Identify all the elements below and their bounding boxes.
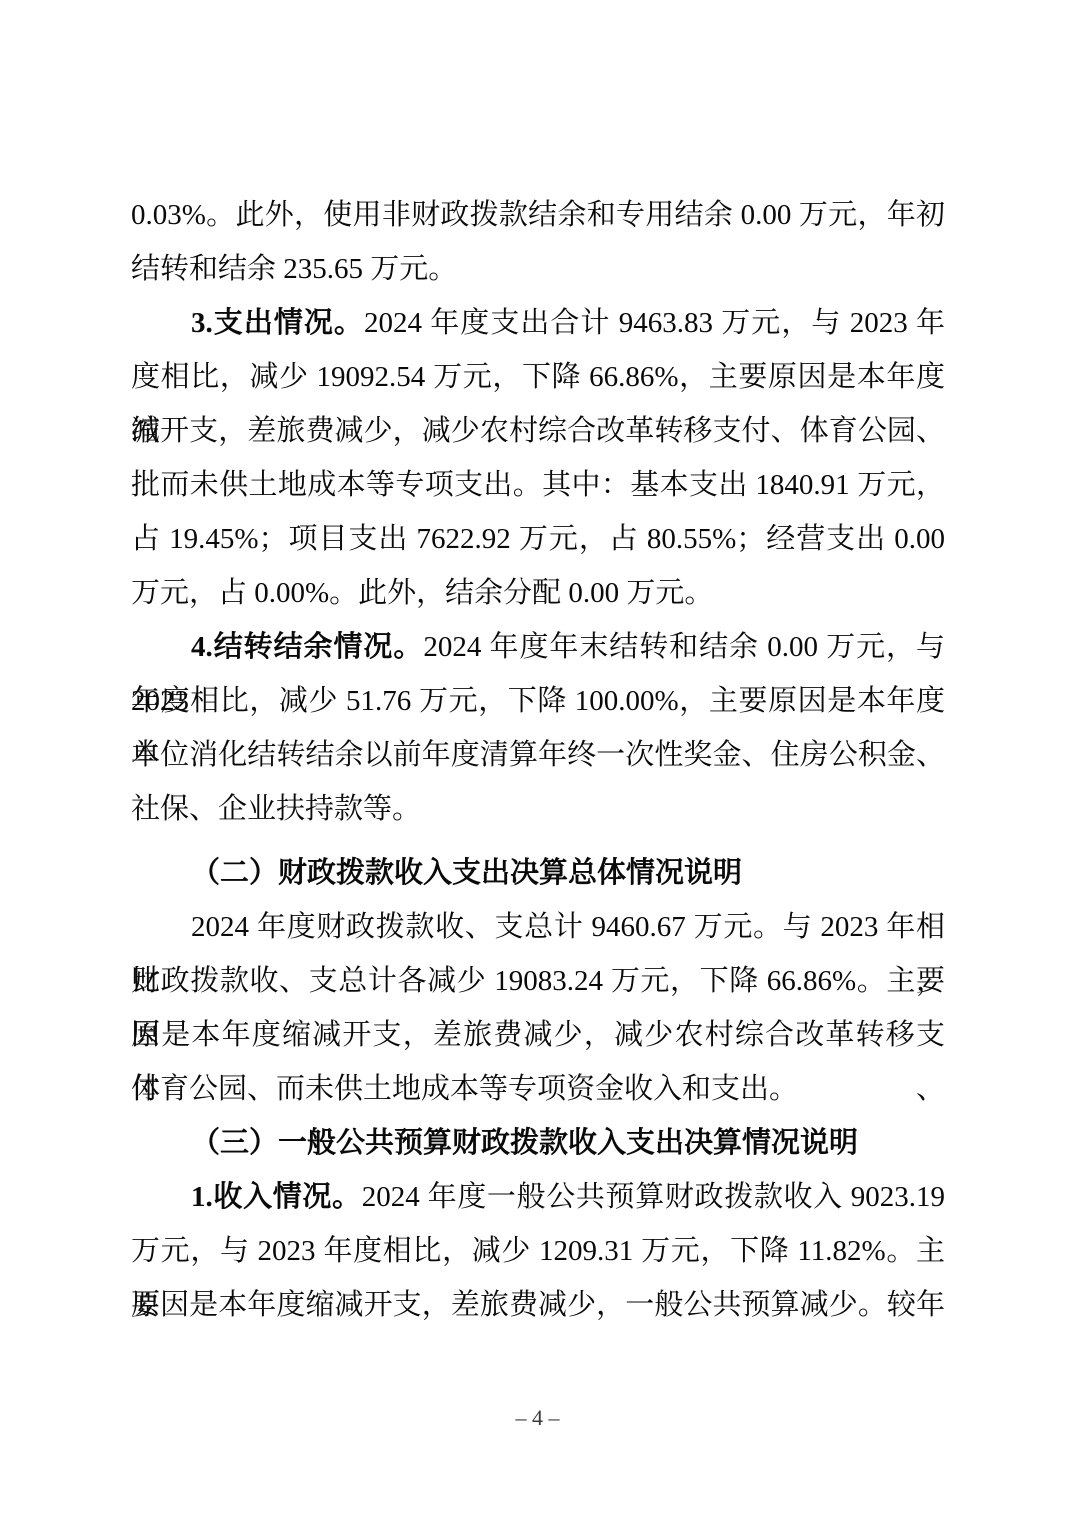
section-heading-2: （二）财政拨款收入支出决算总体情况说明 (131, 846, 945, 900)
numbered-heading-paragraph: 3.支出情况。2024 年度支出合计 9463.83 万元，与 2023 年 (131, 296, 945, 350)
document-page: 0.03%。此外，使用非财政拨款结余和专用结余 0.00 万元，年初 结转和结余… (0, 0, 1075, 1520)
run-in-heading-carryover: 4.结转结余情况。 (191, 631, 423, 663)
numbered-heading-paragraph: 1.收入情况。2024 年度一般公共预算财政拨款收入 9023.19 (131, 1170, 945, 1224)
section-heading-3: （三）一般公共预算财政拨款收入支出决算情况说明 (131, 1116, 945, 1170)
body-line: 原因是本年度缩减开支，差旅费减少，一般公共预算减少。较年 (131, 1278, 945, 1332)
numbered-heading-paragraph: 4.结转结余情况。2024 年度年末结转和结余 0.00 万元，与 2023 (131, 620, 945, 674)
body-line: 年度相比，减少 51.76 万元，下降 100.00%，主要原因是本年度本 (131, 674, 945, 728)
body-line: 度相比，减少 19092.54 万元，下降 66.86%，主要原因是本年度缩 (131, 350, 945, 404)
body-line-paragraph-end: 万元，占 0.00%。此外，结余分配 0.00 万元。 (131, 566, 945, 620)
body-line-paragraph-end: 社保、企业扶持款等。 (131, 782, 945, 836)
page-number: – 4 – (0, 1400, 1075, 1436)
body-line: 单位消化结转结余以前年度清算年终一次性奖金、住房公积金、 (131, 728, 945, 782)
body-line: 财政拨款收、支总计各减少 19083.24 万元，下降 66.86%。主要原 (131, 954, 945, 1008)
body-line-paragraph-start: 2024 年度财政拨款收、支总计 9460.67 万元。与 2023 年相比， (131, 900, 945, 954)
body-line: 因是本年度缩减开支，差旅费减少，减少农村综合改革转移支付、 (131, 1008, 945, 1062)
run-in-heading-income: 1.收入情况。 (191, 1181, 362, 1213)
body-line: 0.03%。此外，使用非财政拨款结余和专用结余 0.00 万元，年初 (131, 188, 945, 242)
body-line: 减开支，差旅费减少，减少农村综合改革转移支付、体育公园、 (131, 404, 945, 458)
body-line-paragraph-end: 结转和结余 235.65 万元。 (131, 242, 945, 296)
body-line: 批而未供土地成本等专项支出。其中：基本支出 1840.91 万元， (131, 458, 945, 512)
body-text: 2024 年度支出合计 9463.83 万元，与 2023 年 (364, 307, 945, 339)
run-in-heading-expenditure: 3.支出情况。 (191, 307, 364, 339)
body-line: 占 19.45%；项目支出 7622.92 万元，占 80.55%；经营支出 0… (131, 512, 945, 566)
document-body: 0.03%。此外，使用非财政拨款结余和专用结余 0.00 万元，年初 结转和结余… (131, 188, 945, 1332)
body-line: 万元，与 2023 年度相比，减少 1209.31 万元，下降 11.82%。主… (131, 1224, 945, 1278)
body-text: 2024 年度一般公共预算财政拨款收入 9023.19 (362, 1181, 945, 1213)
